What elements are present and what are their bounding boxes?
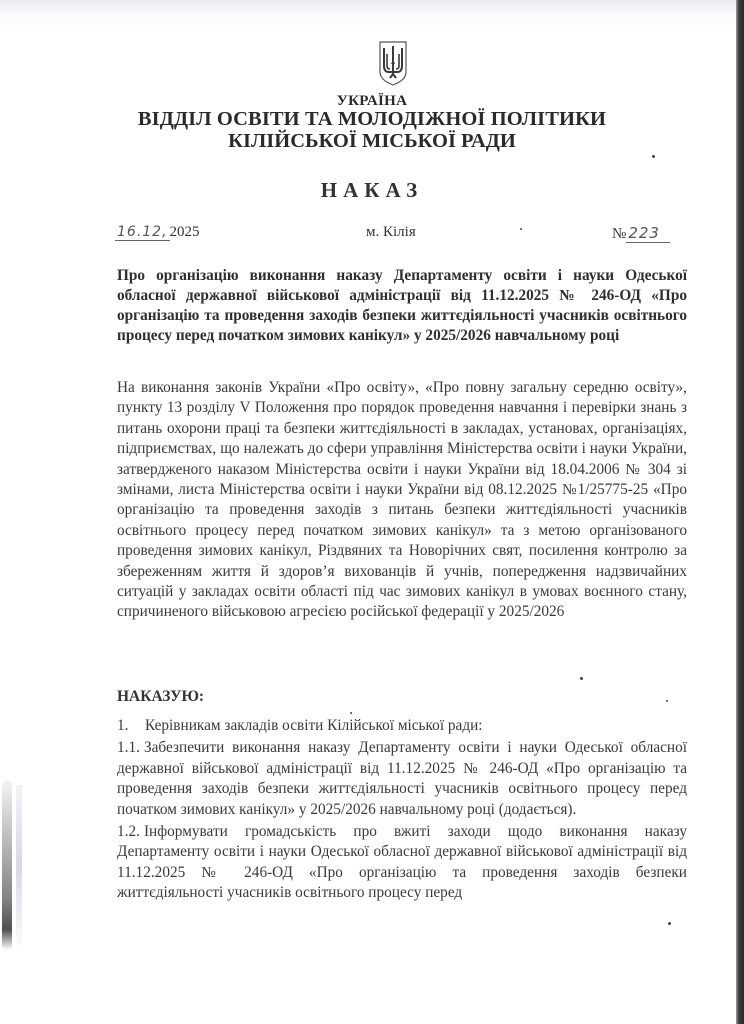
department-title-line2: КІЛІЙСЬКОЇ МІСЬКОЇ РАДИ [0, 130, 744, 153]
order-item-number: 1.2. [117, 822, 140, 842]
date-year: 2025 [170, 224, 200, 240]
scan-smudge-faint [16, 785, 22, 945]
order-item-text: Інформувати громадськість про вжиті захо… [117, 823, 687, 901]
order-subject: Про організацію виконання наказу Департа… [117, 266, 687, 346]
scan-speck [520, 228, 522, 230]
document-type-title: НАКАЗ [0, 178, 744, 203]
order-item: 1.Керівникам закладів освіти Кілійської … [117, 716, 687, 736]
scanned-page: УКРАЇНА ВІДДІЛ ОСВІТИ ТА МОЛОДІЖНОЇ ПОЛІ… [0, 0, 744, 1024]
scan-speck [668, 922, 671, 925]
trident-emblem-icon [378, 40, 408, 86]
scan-speck [350, 712, 352, 714]
handwritten-number: 223 [626, 224, 670, 243]
department-title-line1: ВІДДІЛ ОСВІТИ ТА МОЛОДІЖНОЇ ПОЛІТИКИ [0, 108, 744, 131]
order-item: 1.1.Забезпечити виконання наказу Департа… [117, 738, 687, 820]
order-place: м. Кілія [366, 224, 416, 241]
order-items-list: 1.Керівникам закладів освіти Кілійської … [117, 716, 687, 906]
scan-speck [652, 155, 655, 158]
order-item-text: Забезпечити виконання наказу Департамент… [117, 739, 687, 817]
preamble-paragraph: На виконання законів України «Про освіту… [117, 378, 687, 623]
number-prefix: № [612, 226, 626, 242]
scan-smudge [2, 780, 12, 950]
handwritten-date: 16.12, [115, 224, 170, 241]
order-date: 16.12,2025 [115, 224, 200, 241]
order-number: №223 [612, 224, 670, 243]
order-item-number: 1.1. [117, 738, 140, 758]
scan-speck [666, 700, 668, 702]
order-item-number: 1. [117, 716, 139, 736]
scan-speck [580, 677, 583, 680]
order-item: 1.2.Інформувати громадськість про вжиті … [117, 822, 687, 904]
order-heading: НАКАЗУЮ: [117, 688, 204, 706]
order-item-text: Керівникам закладів освіти Кілійської мі… [145, 717, 483, 734]
scan-edge-shadow [736, 0, 744, 1024]
